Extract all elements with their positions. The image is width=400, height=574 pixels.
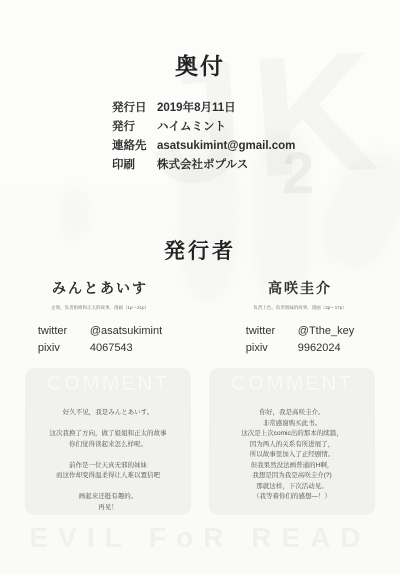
publisher-heading: 発行者 (0, 235, 400, 265)
author-name: 高咲圭介 (200, 278, 400, 298)
twitter-row: twitter @Tthe_key (246, 323, 354, 340)
author-links: twitter @Tthe_key pixiv 9962024 (246, 323, 354, 357)
author-links: twitter @asatsukimint pixiv 4067543 (38, 323, 162, 357)
author-role: 负责上色、负责姐妹的故事，漫画（3p～17p） (210, 304, 390, 310)
pixiv-id: 4067543 (90, 340, 133, 357)
comment-line: 因为两人的关系有所进展了， (212, 440, 372, 451)
comment-line: 而这作却变得温柔得让人难以置信吧 (28, 471, 188, 482)
info-label: 発行日 (112, 99, 157, 118)
twitter-label: twitter (246, 323, 298, 340)
scan-artifact (60, 190, 90, 240)
info-row-contact: 連絡先 asatsukimint@gmail.com (112, 137, 295, 156)
info-value: 株式会社ポプルス (157, 156, 248, 175)
comment-line: （我等着你们的感想—！） (212, 492, 372, 503)
comment-line: 你们觉得读起来怎么样呢。 (28, 440, 188, 451)
info-value: asatsukimint@gmail.com (157, 137, 295, 156)
colophon-page: JK 2 EVIL FoR READ 奥付 発行日 2019年8月11日 発行 … (0, 0, 400, 574)
twitter-label: twitter (38, 323, 90, 340)
comment-box-takasaki: COMMENT 你好，我是高咲圭介。 非常感谢购买此书。 这次是上次comic出… (209, 368, 375, 515)
author-column-mintoice: みんとあいす 企划、负责姐姐和正太的故事，漫画（1p～21p） twitter … (0, 278, 200, 357)
pixiv-label: pixiv (38, 340, 90, 357)
comment-line (28, 450, 188, 461)
info-value: 2019年8月11日 (157, 99, 236, 118)
author-name: みんとあいす (0, 278, 200, 298)
page-title: 奥付 (0, 48, 400, 81)
author-column-takasaki: 高咲圭介 负责上色、负责姐妹的故事，漫画（3p～17p） twitter @Tt… (200, 278, 400, 357)
info-row-publisher: 発行 ハイムミント (112, 118, 295, 137)
comment-line: 但我果然没法画普通的H啊， (212, 461, 372, 472)
comment-line: 所以故事里加入了正经剧情。 (212, 450, 372, 461)
comment-line (28, 482, 188, 493)
pixiv-row: pixiv 9962024 (246, 340, 354, 357)
pixiv-label: pixiv (246, 340, 298, 357)
comment-box-mintoice: COMMENT 好久不见，我是みんとあいす。 这次我换了方向，做了姐姐和正太的故… (25, 368, 191, 515)
info-label: 印刷 (112, 156, 157, 175)
info-label: 連絡先 (112, 137, 157, 156)
info-value: ハイムミント (157, 118, 226, 137)
twitter-handle: @asatsukimint (90, 323, 162, 340)
author-role: 企划、负责姐姐和正太的故事，漫画（1p～21p） (10, 304, 190, 310)
pixiv-row: pixiv 4067543 (38, 340, 162, 357)
bottom-watermark: EVIL FoR READ (0, 522, 400, 554)
comment-line: 那就这样，下次活动见。 (212, 482, 372, 493)
comment-line: 这次我换了方向，做了姐姐和正太的故事 (28, 429, 188, 440)
comment-header: COMMENT (25, 372, 191, 396)
info-row-issue-date: 発行日 2019年8月11日 (112, 99, 295, 118)
comment-text: 好久不见，我是みんとあいす。 这次我换了方向，做了姐姐和正太的故事 你们觉得读起… (28, 408, 188, 513)
authors-section: みんとあいす 企划、负责姐姐和正太的故事，漫画（1p～21p） twitter … (0, 278, 400, 357)
twitter-row: twitter @asatsukimint (38, 323, 162, 340)
comment-line: 非常感谢购买此书。 (212, 419, 372, 430)
comment-text: 你好，我是高咲圭介。 非常感谢购买此书。 这次是上次comic出的那本的续篇， … (212, 408, 372, 503)
comment-line: 你好，我是高咲圭介。 (212, 408, 372, 419)
pixiv-id: 9962024 (298, 340, 341, 357)
comment-line (28, 419, 188, 430)
twitter-handle: @Tthe_key (298, 323, 354, 340)
comment-line: 前作是一位天真无邪的妹妹 (28, 461, 188, 472)
comment-line: 画起来还挺有趣的。 (28, 492, 188, 503)
comment-line: 这次是上次comic出的那本的续篇， (212, 429, 372, 440)
comment-line: 再见！ (28, 503, 188, 514)
info-row-printer: 印刷 株式会社ポプルス (112, 156, 295, 175)
info-label: 発行 (112, 118, 157, 137)
comment-line: 我想是因为我是高咲圭介(?) (212, 471, 372, 482)
comment-line: 好久不见，我是みんとあいす。 (28, 408, 188, 419)
publication-info: 発行日 2019年8月11日 発行 ハイムミント 連絡先 asatsukimin… (112, 99, 295, 175)
comments-section: COMMENT 好久不见，我是みんとあいす。 这次我换了方向，做了姐姐和正太的故… (0, 368, 400, 515)
comment-header: COMMENT (209, 372, 375, 396)
